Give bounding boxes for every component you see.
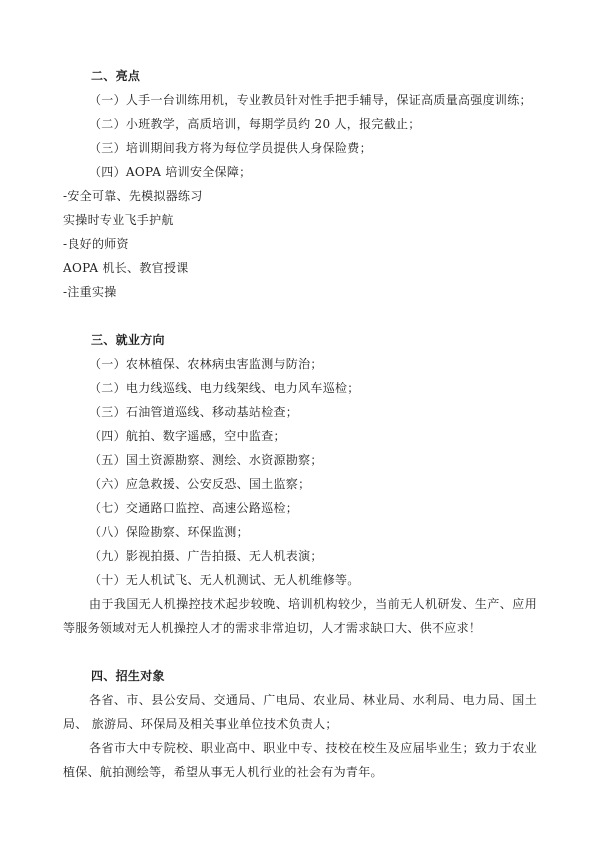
paragraph-line: 各省、市、县公安局、交通局、广电局、农业局、林业局、水利局、电力局、国土 (63, 688, 537, 712)
section-heading: 二、亮点 (63, 64, 537, 88)
list-item: （五）国土资源勘察、测绘、水资源勘察； (63, 448, 537, 472)
list-item: （九）影视拍摄、广告拍摄、无人机表演； (63, 544, 537, 568)
list-item: （一）农林植保、农林病虫害监测与防治； (63, 352, 537, 376)
note-line: -安全可靠、先模拟器练习 (63, 184, 537, 208)
section-highlights: 二、亮点 （一）人手一台训练用机，专业教员针对性手把手辅导，保证高质量高强度训练… (63, 64, 537, 304)
paragraph-line: 局、 旅游局、环保局及相关事业单位技术负责人； (63, 712, 537, 736)
section-enrollment: 四、招生对象 各省、市、县公安局、交通局、广电局、农业局、林业局、水利局、电力局… (63, 664, 537, 784)
section-heading: 三、就业方向 (63, 328, 537, 352)
note-line: 实操时专业飞手护航 (63, 208, 537, 232)
note-line: -良好的师资 (63, 232, 537, 256)
section-gap (63, 304, 537, 328)
paragraph-line: 植保、航拍测绘等，希望从事无人机行业的社会有为青年。 (63, 760, 537, 784)
list-item: （六）应急救援、公安反恐、国土监察； (63, 472, 537, 496)
list-item: （八）保险勘察、环保监测； (63, 520, 537, 544)
section-employment: 三、就业方向 （一）农林植保、农林病虫害监测与防治； （二）电力线巡线、电力线架… (63, 328, 537, 640)
note-line: -注重实操 (63, 280, 537, 304)
list-item: （二）小班教学，高质培训，每期学员约 20 人，报完截止； (63, 112, 537, 136)
list-item: （十）无人机试飞、无人机测试、无人机维修等。 (63, 568, 537, 592)
list-item: （二）电力线巡线、电力线架线、电力风车巡检； (63, 376, 537, 400)
paragraph-line: 由于我国无人机操控技术起步较晚、培训机构较少，当前无人机研发、生产、应用 (63, 592, 537, 616)
paragraph-line: 各省市大中专院校、职业高中、职业中专、技校在校生及应届毕业生；致力于农业 (63, 736, 537, 760)
document-page: 二、亮点 （一）人手一台训练用机，专业教员针对性手把手辅导，保证高质量高强度训练… (0, 0, 600, 847)
list-item: （七）交通路口监控、高速公路巡检； (63, 496, 537, 520)
section-gap (63, 640, 537, 664)
section-heading: 四、招生对象 (63, 664, 537, 688)
list-item: （四）航拍、数字遥感，空中监查； (63, 424, 537, 448)
note-line: AOPA 机长、教官授课 (63, 256, 537, 280)
list-item: （三）石油管道巡线、移动基站检查； (63, 400, 537, 424)
list-item: （一）人手一台训练用机，专业教员针对性手把手辅导，保证高质量高强度训练； (63, 88, 537, 112)
list-item: （四）AOPA 培训安全保障； (63, 160, 537, 184)
paragraph-line: 等服务领域对无人机操控人才的需求非常迫切，人才需求缺口大、供不应求！ (63, 616, 537, 640)
list-item: （三）培训期间我方将为每位学员提供人身保险费； (63, 136, 537, 160)
